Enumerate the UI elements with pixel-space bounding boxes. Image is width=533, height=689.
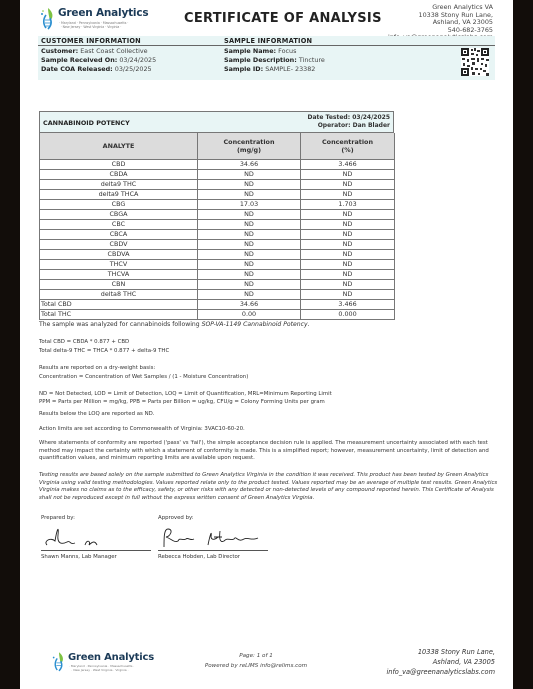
action-limits-note: Action limits are set according to Commo… <box>39 425 245 434</box>
table-row: CBD34.663.466 <box>40 160 395 170</box>
analyte-cell: THCV <box>40 260 198 270</box>
analyte-cell: CBG <box>40 200 198 210</box>
received-field: Sample Received On: 03/24/2025 <box>41 56 156 64</box>
analyte-cell: Total CBD <box>40 300 198 310</box>
mg-g-cell: 0.00 <box>198 310 301 320</box>
sample-id-field: Sample ID: SAMPLE- 23382 <box>224 65 315 73</box>
divider <box>38 45 495 46</box>
analyte-cell: CBDV <box>40 240 198 250</box>
percent-cell: ND <box>301 210 395 220</box>
abbreviations-note: ND = Not Detected, LOD = Limit of Detect… <box>39 390 332 406</box>
percent-cell: ND <box>301 230 395 240</box>
customer-info-heading: CUSTOMER INFORMATION <box>41 37 141 45</box>
released-field: Date COA Released: 03/25/2025 <box>41 65 152 73</box>
potency-header: CANNABINOID POTENCY Date Tested: 03/24/2… <box>39 111 394 133</box>
potency-title: CANNABINOID POTENCY <box>43 119 130 127</box>
qr-code-icon[interactable] <box>461 48 489 76</box>
signature-icon <box>41 523 151 549</box>
percent-cell: ND <box>301 180 395 190</box>
mg-g-cell: ND <box>198 250 301 260</box>
sample-info-heading: SAMPLE INFORMATION <box>224 37 312 45</box>
analyte-cell: CBCA <box>40 230 198 240</box>
total-row: Total CBD34.663.466 <box>40 300 395 310</box>
dry-weight-note: Results are reported on a dry-weight bas… <box>39 364 248 382</box>
total-formulas: Total CBD = CBDA * 0.877 + CBD Total del… <box>39 338 169 356</box>
mg-g-cell: ND <box>198 270 301 280</box>
mg-g-cell: ND <box>198 170 301 180</box>
table-row: CBDANDND <box>40 170 395 180</box>
table-row: delta9 THCNDND <box>40 180 395 190</box>
mg-g-cell: ND <box>198 210 301 220</box>
percent-cell: 3.466 <box>301 300 395 310</box>
percent-cell: ND <box>301 290 395 300</box>
percent-cell: ND <box>301 270 395 280</box>
mg-g-cell: ND <box>198 180 301 190</box>
analyte-cell: CBGA <box>40 210 198 220</box>
footer-brand-logo: Green Analytics · Maryland · Pennsylvani… <box>51 650 156 678</box>
percent-cell: 1.703 <box>301 200 395 210</box>
mg-g-cell: 34.66 <box>198 160 301 170</box>
column-header-mg-g: Concentration(mg/g) <box>198 133 301 160</box>
percent-cell: ND <box>301 260 395 270</box>
powered-by: Powered by reLIMS info@relims.com <box>186 662 326 672</box>
footer-address: 10338 Stony Run Lane, Ashland, VA 23005 … <box>386 648 495 677</box>
table-row: CBDVNDND <box>40 240 395 250</box>
mg-g-cell: ND <box>198 220 301 230</box>
brand-states: · Maryland · Pennsylvania · Massachusett… <box>59 21 123 30</box>
approved-by-signature: Approved by: Rebecca Hobden, Lab Directo… <box>158 515 268 560</box>
prepared-by-signature: Prepared by: Shawn Manns, Lab Manager <box>41 515 151 560</box>
page-number: Page: 1 of 1 <box>186 652 326 662</box>
table-row: CBCNDND <box>40 220 395 230</box>
column-header-analyte: ANALYTE <box>40 133 198 160</box>
sample-name-field: Sample Name: Focus <box>224 47 296 55</box>
analyte-cell: CBN <box>40 280 198 290</box>
mg-g-cell: ND <box>198 280 301 290</box>
percent-cell: ND <box>301 240 395 250</box>
table-header-row: ANALYTE Concentration(mg/g) Concentratio… <box>40 133 395 160</box>
percent-cell: ND <box>301 220 395 230</box>
mg-g-cell: ND <box>198 240 301 250</box>
coa-page: Green Analytics · Maryland · Pennsylvani… <box>20 0 513 689</box>
disclaimer: Testing results are based solely on the … <box>39 472 501 502</box>
footer-page-info: Page: 1 of 1 Powered by reLIMS info@reli… <box>186 652 326 671</box>
mg-g-cell: 17.03 <box>198 200 301 210</box>
analyte-cell: delta9 THC <box>40 180 198 190</box>
mg-g-cell: 34.66 <box>198 300 301 310</box>
percent-cell: ND <box>301 250 395 260</box>
customer-field: Customer: East Coast Collective <box>41 47 148 55</box>
table-row: CBGANDND <box>40 210 395 220</box>
conformity-note: Where statements of conformity are repor… <box>39 440 499 463</box>
table-row: THCVANDND <box>40 270 395 280</box>
table-row: CBG17.031.703 <box>40 200 395 210</box>
signature-icon <box>158 523 268 549</box>
percent-cell: ND <box>301 280 395 290</box>
info-band: CUSTOMER INFORMATION SAMPLE INFORMATION … <box>38 36 495 80</box>
mg-g-cell: ND <box>198 290 301 300</box>
brand-name: Green Analytics <box>58 7 148 19</box>
table-row: THCVNDND <box>40 260 395 270</box>
dna-leaf-icon <box>51 650 67 674</box>
analyte-cell: CBC <box>40 220 198 230</box>
sample-description-field: Sample Description: Tincture <box>224 56 325 64</box>
mg-g-cell: ND <box>198 190 301 200</box>
analyte-cell: Total THC <box>40 310 198 320</box>
analyte-cell: THCVA <box>40 270 198 280</box>
analyte-cell: delta8 THC <box>40 290 198 300</box>
analyte-cell: CBD <box>40 160 198 170</box>
dna-leaf-icon <box>39 6 57 32</box>
mg-g-cell: ND <box>198 230 301 240</box>
cannabinoid-potency-section: CANNABINOID POTENCY Date Tested: 03/24/2… <box>39 111 394 320</box>
column-header-percent: Concentration(%) <box>301 133 395 160</box>
mg-g-cell: ND <box>198 260 301 270</box>
loq-note: Results below the LOQ are reported as ND… <box>39 410 154 419</box>
percent-cell: 0.000 <box>301 310 395 320</box>
table-row: delta8 THCNDND <box>40 290 395 300</box>
analyte-cell: delta9 THCA <box>40 190 198 200</box>
table-row: CBDVANDND <box>40 250 395 260</box>
analyte-cell: CBDVA <box>40 250 198 260</box>
document-title: CERTIFICATE OF ANALYSIS <box>184 11 382 26</box>
potency-meta: Date Tested: 03/24/2025 Operator: Dan Bl… <box>308 114 391 130</box>
brand-logo: Green Analytics · Maryland · Pennsylvani… <box>39 6 144 34</box>
percent-cell: ND <box>301 170 395 180</box>
table-row: CBCANDND <box>40 230 395 240</box>
percent-cell: 3.466 <box>301 160 395 170</box>
analyte-cell: CBDA <box>40 170 198 180</box>
sop-statement: The sample was analyzed for cannabinoids… <box>39 321 310 328</box>
table-row: delta9 THCANDND <box>40 190 395 200</box>
total-row: Total THC0.000.000 <box>40 310 395 320</box>
table-row: CBNNDND <box>40 280 395 290</box>
potency-table: ANALYTE Concentration(mg/g) Concentratio… <box>39 133 395 320</box>
footer-email[interactable]: info_va@greenanalyticslabs.com <box>386 668 495 678</box>
percent-cell: ND <box>301 190 395 200</box>
